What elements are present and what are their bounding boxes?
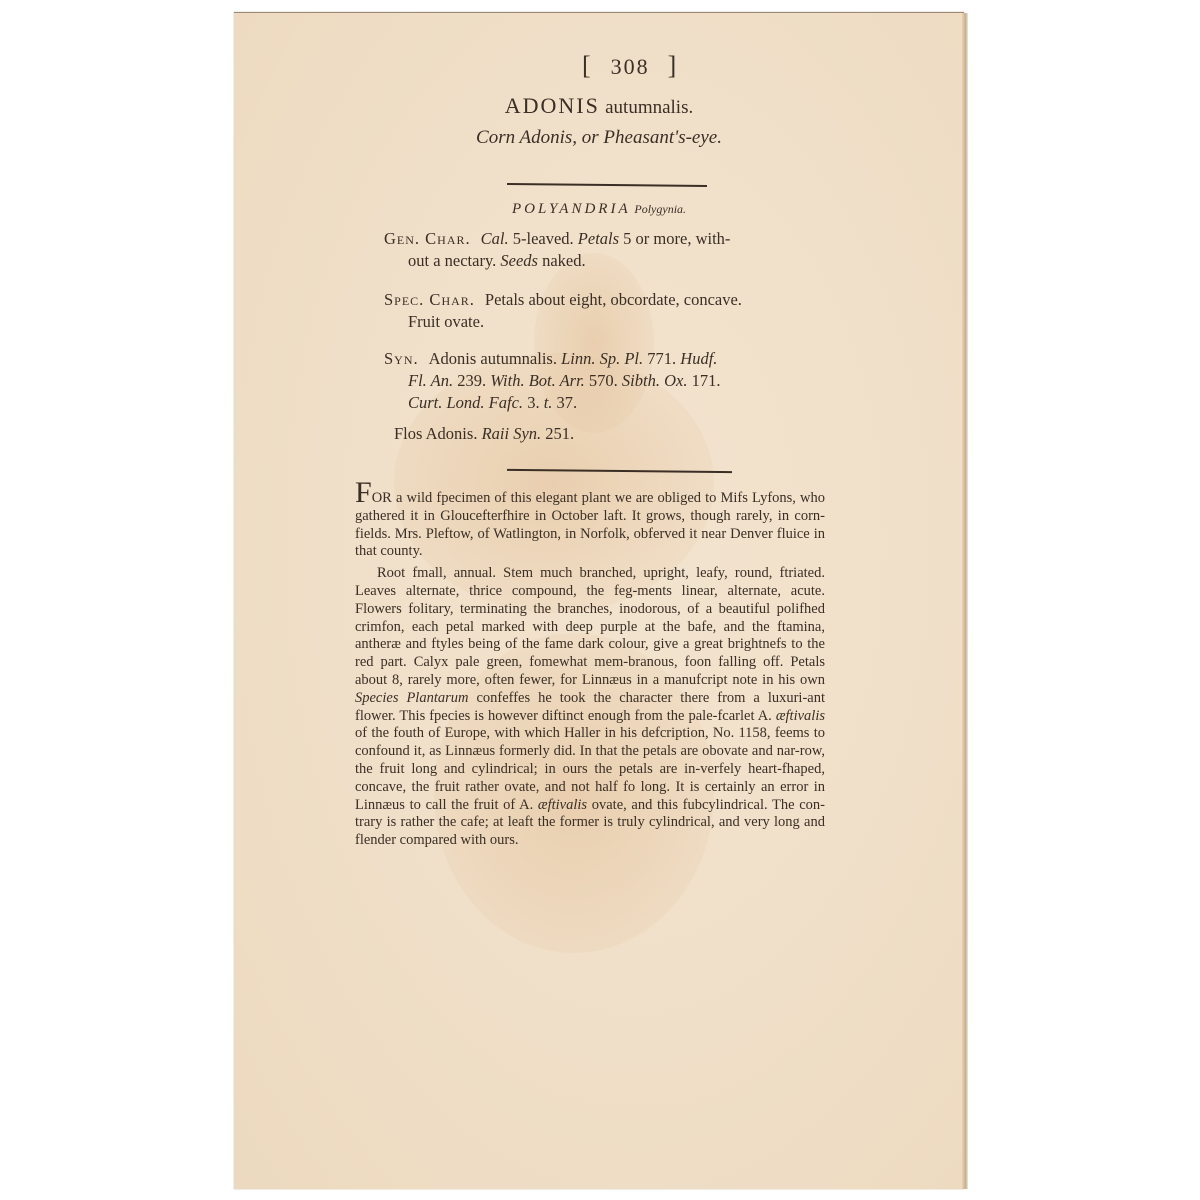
page-number-value: 308 — [611, 54, 650, 79]
syn-text: 771. — [643, 349, 680, 368]
gen-char-text: 5-leaved. — [509, 229, 578, 248]
book-page: [308] ADONIS autumnalis. Corn Adonis, or… — [234, 12, 964, 1189]
drop-cap: F — [355, 476, 372, 509]
spec-char-continuation: Fruit ovate. — [384, 311, 840, 333]
syn-text: Adonis autumnalis. — [429, 349, 561, 368]
flos-num: 251. — [541, 424, 574, 443]
syn-continuation: Fl. An. 239. With. Bot. Arr. 570. Sibth.… — [384, 370, 840, 392]
syn-text: 3. — [523, 393, 544, 412]
gen-char-text: Cal. — [481, 229, 509, 248]
flos-text: Flos Adonis. — [394, 424, 482, 443]
genus-name: ADONIS — [505, 93, 600, 118]
synonyms: Syn.Adonis autumnalis. Linn. Sp. Pl. 771… — [384, 348, 840, 414]
italic-species: æftivalis — [538, 797, 587, 813]
species-name: autumnalis. — [605, 97, 693, 118]
page-edge — [962, 13, 968, 1189]
italic-species: æftivalis — [776, 708, 825, 724]
spec-char-label: Spec. Char. — [384, 290, 475, 309]
spec-char-text: Petals about eight, obcordate, concave. — [485, 290, 742, 309]
syn-ref: Hudf. — [680, 349, 717, 368]
syn-text: 570. — [585, 371, 622, 390]
common-name: Corn Adonis, or Pheasant's-eye. — [234, 127, 964, 149]
gen-char-text: out a nectary. — [408, 251, 500, 270]
syn-ref: Fl. An. — [408, 371, 453, 390]
flos-synonym: Flos Adonis. Raii Syn. 251. — [394, 423, 850, 445]
paragraph-text: Root fmall, annual. Stem much branched, … — [355, 565, 825, 688]
species-title: ADONIS autumnalis. — [234, 93, 964, 119]
description-body: FOR a wild fpecimen of this elegant plan… — [355, 483, 825, 854]
class-name: POLYANDRIA — [512, 201, 631, 217]
bracket-open: [ — [582, 51, 593, 80]
syn-text: 37. — [552, 393, 577, 412]
page-number: [308] — [564, 51, 684, 81]
syn-text: 171. — [687, 371, 720, 390]
syn-continuation: Curt. Lond. Fafc. 3. t. 37. — [384, 392, 840, 414]
order-name: Polygynia. — [634, 202, 686, 216]
paragraph-description: Root fmall, annual. Stem much branched, … — [355, 565, 825, 850]
syn-ref: Curt. Lond. Fafc. — [408, 393, 523, 412]
syn-ref: Linn. Sp. Pl. — [561, 349, 643, 368]
syn-ref: With. Bot. Arr. — [490, 371, 585, 390]
flos-ref: Raii Syn. — [482, 424, 542, 443]
gen-char-label: Gen. Char. — [384, 229, 471, 248]
gen-char-text: Seeds — [500, 251, 538, 270]
generic-character: Gen. Char.Cal. 5-leaved. Petals 5 or mor… — [384, 228, 840, 272]
syn-text: 239. — [453, 371, 490, 390]
gen-char-text: naked. — [538, 251, 586, 270]
paragraph-text: a wild fpecimen of this elegant plant we… — [355, 490, 825, 559]
small-caps-lead: OR — [372, 490, 392, 506]
divider-rule — [507, 183, 707, 187]
syn-ref: Sibth. Ox. — [622, 371, 688, 390]
gen-char-text: Petals — [578, 229, 619, 248]
italic-title: Species Plantarum — [355, 690, 468, 706]
paragraph-provenance: FOR a wild fpecimen of this elegant plan… — [355, 483, 825, 561]
bracket-close: ] — [668, 51, 679, 80]
specific-character: Spec. Char.Petals about eight, obcordate… — [384, 289, 840, 333]
gen-char-continuation: out a nectary. Seeds naked. — [384, 250, 840, 272]
gen-char-text: 5 or more, with- — [619, 229, 730, 248]
syn-label: Syn. — [384, 349, 419, 368]
linnaean-classification: POLYANDRIA Polygynia. — [234, 201, 964, 218]
